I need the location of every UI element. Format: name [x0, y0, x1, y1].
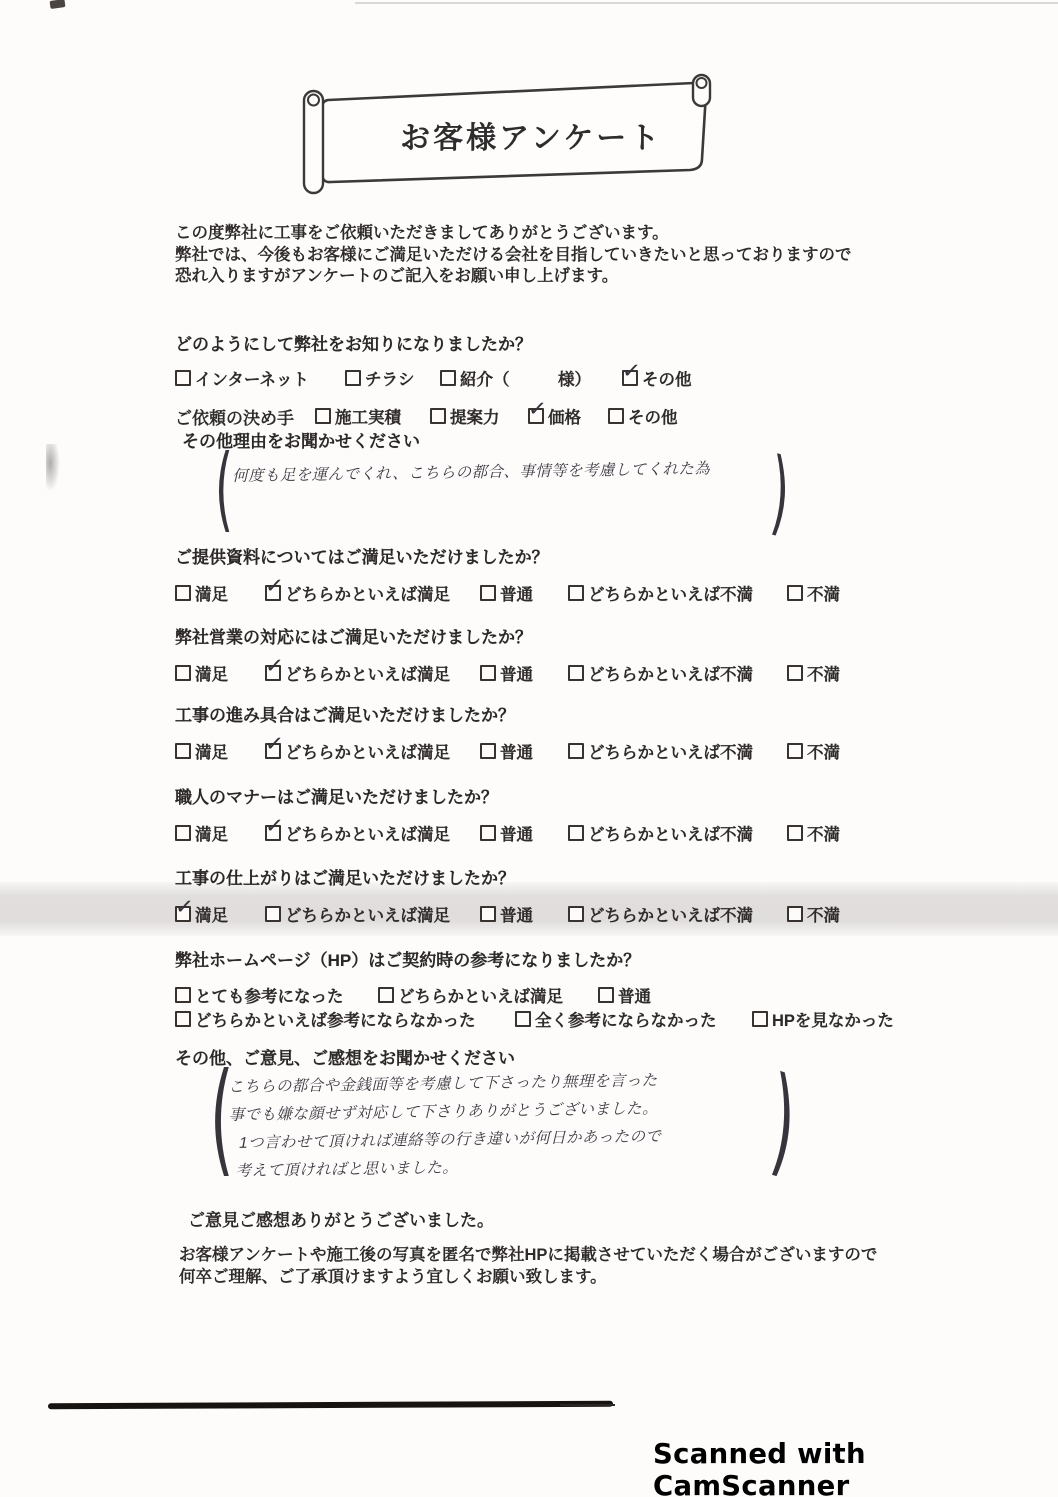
- checkbox: [787, 906, 803, 922]
- checkbox: [568, 825, 584, 841]
- option: 普通: [480, 739, 533, 763]
- option-label: どちらかといえば満足: [285, 907, 450, 925]
- footer-note-line: 何卒ご理解、ご了承頂けますよう宜しくお願い致します。: [179, 1266, 929, 1288]
- option-label: どちらかといえば満足: [285, 586, 450, 604]
- thanks-note: ご意見ご感想ありがとうございました。: [188, 1206, 494, 1231]
- checkbox: [265, 906, 281, 922]
- checkbox: [265, 825, 281, 841]
- option-label: 満足: [195, 907, 228, 925]
- option: 不満: [787, 821, 840, 845]
- checkbox: [175, 1011, 191, 1027]
- option-label: どちらかといえば満足: [285, 666, 450, 684]
- option-label: 満足: [195, 586, 228, 604]
- checkbox: [175, 585, 191, 601]
- checkbox: [265, 585, 281, 601]
- scan-corner-mark: [50, 0, 66, 9]
- option-label: 不満: [807, 666, 840, 684]
- scan-smudge: [46, 444, 60, 492]
- checkbox: [265, 665, 281, 681]
- footer-note-line: お客様アンケートや施工後の写真を匿名で弊社HPに掲載させていただく場合がございま…: [179, 1244, 929, 1266]
- option: どちらかといえば参考にならなかった: [175, 1007, 476, 1031]
- checkbox: [787, 665, 803, 681]
- page-title: お客様アンケート: [400, 113, 662, 157]
- checkbox: [622, 370, 638, 386]
- option: 満足: [175, 821, 228, 845]
- scan-edge-line-thin: [560, 1404, 615, 1406]
- option-label: 普通: [500, 826, 533, 844]
- option: どちらかといえば満足: [265, 821, 450, 845]
- checkbox: [528, 408, 544, 424]
- option: 満足: [175, 902, 228, 926]
- checkbox: [480, 906, 496, 922]
- intro-line: この度弊社に工事をご依頼いただきましてありがとうございます。: [175, 223, 895, 245]
- handwritten-reason: 何度も足を運んでくれ、こちらの都合、事情等を考慮してくれた為: [232, 455, 772, 491]
- handwritten-comment: こちらの都合や金銭面等を考慮して下さったり無理を言った 事でも嫌な顔せず対応して…: [228, 1066, 770, 1186]
- option-label: 施工実積: [335, 409, 401, 427]
- option: とても参考になった: [175, 983, 344, 1007]
- checkbox: [568, 665, 584, 681]
- option-label: 普通: [500, 586, 533, 604]
- checkbox: [787, 825, 803, 841]
- checkbox: [175, 906, 191, 922]
- option-label: チラシ: [365, 371, 415, 389]
- checkbox: [598, 987, 614, 1003]
- option-label: 不満: [807, 586, 840, 604]
- question-finish: 工事の仕上がりはご満足いただけましたか？: [175, 864, 515, 889]
- options-row-hp1: とても参考になった どちらかといえば満足 普通: [175, 983, 975, 1009]
- option-label: どちらかといえば不満: [588, 586, 753, 604]
- question-materials: ご提供資料についてはご満足いただけましたか？: [175, 543, 549, 568]
- option-label: 不満: [807, 826, 840, 844]
- option: どちらかといえば満足: [265, 739, 450, 763]
- option-label: 不満: [807, 907, 840, 925]
- option-label: その他: [628, 409, 678, 427]
- intro-line: 弊社では、今後もお客様にご満足いただける会社を目指していきたいと思っておりますの…: [175, 245, 895, 267]
- option-label: HPを見なかった: [772, 1012, 894, 1030]
- option: 紹介（: [440, 366, 510, 390]
- handwritten-open-paren: (: [215, 448, 233, 531]
- option-label: どちらかといえば満足: [398, 988, 563, 1006]
- question-source: どのようにして弊社をお知りになりましたか？: [175, 330, 532, 355]
- option-label: 普通: [500, 666, 533, 684]
- options-row: 満足 どちらかといえば満足 普通 どちらかといえば不満 不満: [175, 581, 975, 607]
- option: 普通: [598, 983, 651, 1007]
- option-label: どちらかといえば参考にならなかった: [195, 1012, 476, 1030]
- question-progress: 工事の進み具合はご満足いただけましたか？: [175, 701, 515, 726]
- option-label: 満足: [195, 666, 228, 684]
- option: その他: [622, 366, 692, 390]
- title-banner: お客様アンケート: [298, 70, 738, 200]
- option: 普通: [480, 661, 533, 685]
- option: 不満: [787, 581, 840, 605]
- option-label: 普通: [500, 907, 533, 925]
- checkbox: [568, 743, 584, 759]
- scan-edge-artifact: [355, 2, 1058, 4]
- checkbox: [345, 370, 361, 386]
- option: どちらかといえば満足: [265, 661, 450, 685]
- option-label: 紹介（: [460, 371, 510, 389]
- checkbox: [480, 665, 496, 681]
- checkbox: [175, 370, 191, 386]
- checkbox: [378, 987, 394, 1003]
- option-label: どちらかといえば不満: [588, 666, 753, 684]
- option: 普通: [480, 581, 533, 605]
- option-label: とても参考になった: [195, 988, 344, 1006]
- option-label: 全く参考にならなかった: [535, 1012, 717, 1030]
- question-sales: 弊社営業の対応にはご満足いただけましたか？: [175, 623, 532, 648]
- scanned-survey-page: お客様アンケート この度弊社に工事をご依頼いただきましてありがとうございます。 …: [0, 0, 1058, 1497]
- options-row-hp2: どちらかといえば参考にならなかった 全く参考にならなかった HPを見なかった: [175, 1007, 975, 1033]
- checkbox: [480, 743, 496, 759]
- option: インターネット: [175, 366, 309, 390]
- option-label: 不満: [807, 744, 840, 762]
- checkbox: [175, 665, 191, 681]
- option: どちらかといえば満足: [265, 581, 450, 605]
- checkbox: [787, 585, 803, 601]
- checkbox: [752, 1011, 768, 1027]
- intro-paragraph: この度弊社に工事をご依頼いただきましてありがとうございます。 弊社では、今後もお…: [175, 223, 895, 288]
- option-label: 普通: [500, 744, 533, 762]
- option: 提案力: [430, 404, 500, 428]
- option-label: 価格: [548, 409, 581, 427]
- option-label: その他: [642, 371, 692, 389]
- option: どちらかといえば不満: [568, 581, 753, 605]
- camscanner-watermark: Scanned with CamScanner: [653, 1438, 1058, 1497]
- option-label: どちらかといえば不満: [588, 907, 753, 925]
- option-label: どちらかといえば不満: [588, 826, 753, 844]
- checkbox: [515, 1011, 531, 1027]
- question-manners: 職人のマナーはご満足いただけましたか？: [175, 783, 498, 808]
- option: 不満: [787, 661, 840, 685]
- option-label: 満足: [195, 826, 228, 844]
- option-label: どちらかといえば不満: [588, 744, 753, 762]
- checkbox: [430, 408, 446, 424]
- option: 全く参考にならなかった: [515, 1007, 717, 1031]
- handwritten-close-paren: ): [768, 1065, 799, 1177]
- options-row: 満足 どちらかといえば満足 普通 どちらかといえば不満 不満: [175, 902, 975, 928]
- checkbox: [265, 743, 281, 759]
- handwritten-close-paren: ): [769, 450, 792, 537]
- option-label: 提案力: [450, 409, 500, 427]
- options-row: 満足 どちらかといえば満足 普通 どちらかといえば不満 不満: [175, 821, 975, 847]
- checkbox: [568, 906, 584, 922]
- option: 満足: [175, 661, 228, 685]
- option: 満足: [175, 581, 228, 605]
- option-label: どちらかといえば満足: [285, 744, 450, 762]
- checkbox: [787, 743, 803, 759]
- footer-note: お客様アンケートや施工後の写真を匿名で弊社HPに掲載させていただく場合がございま…: [179, 1244, 929, 1288]
- option: 満足: [175, 739, 228, 763]
- option: チラシ: [345, 366, 415, 390]
- option: その他: [608, 404, 678, 428]
- option: どちらかといえば満足: [265, 902, 450, 926]
- option: 普通: [480, 821, 533, 845]
- referral-suffix: 様）: [558, 366, 591, 390]
- scan-edge-line: [48, 1401, 613, 1409]
- checkbox: [175, 987, 191, 1003]
- checkbox: [480, 585, 496, 601]
- options-row: 満足 どちらかといえば満足 普通 どちらかといえば不満 不満: [175, 739, 975, 765]
- option: どちらかといえば満足: [378, 983, 563, 1007]
- option: どちらかといえば不満: [568, 661, 753, 685]
- question-homepage: 弊社ホームページ（HP）はご契約時の参考になりましたか？: [175, 946, 640, 971]
- option: HPを見なかった: [752, 1007, 894, 1031]
- option-label: インターネット: [195, 371, 309, 389]
- option: 施工実積: [315, 404, 401, 428]
- options-row-source: インターネット チラシ 紹介（ 様） その他: [175, 366, 975, 392]
- option-label: どちらかといえば満足: [285, 826, 450, 844]
- intro-line: 恐れ入りますがアンケートのご記入をお願い申し上げます。: [175, 266, 895, 288]
- checkbox: [175, 825, 191, 841]
- option: 不満: [787, 902, 840, 926]
- option: 不満: [787, 739, 840, 763]
- option: どちらかといえば不満: [568, 902, 753, 926]
- option: どちらかといえば不満: [568, 739, 753, 763]
- option-label: 普通: [618, 988, 651, 1006]
- checkbox: [608, 408, 624, 424]
- checkbox: [440, 370, 456, 386]
- checkbox: [175, 743, 191, 759]
- checkbox: [315, 408, 331, 424]
- checkbox: [568, 585, 584, 601]
- option: 価格: [528, 404, 581, 428]
- options-row: 満足 どちらかといえば満足 普通 どちらかといえば不満 不満: [175, 661, 975, 687]
- checkbox: [480, 825, 496, 841]
- decision-label: ご依頼の決め手: [175, 404, 294, 429]
- option: 普通: [480, 902, 533, 926]
- option-label: 満足: [195, 744, 228, 762]
- option: どちらかといえば不満: [568, 821, 753, 845]
